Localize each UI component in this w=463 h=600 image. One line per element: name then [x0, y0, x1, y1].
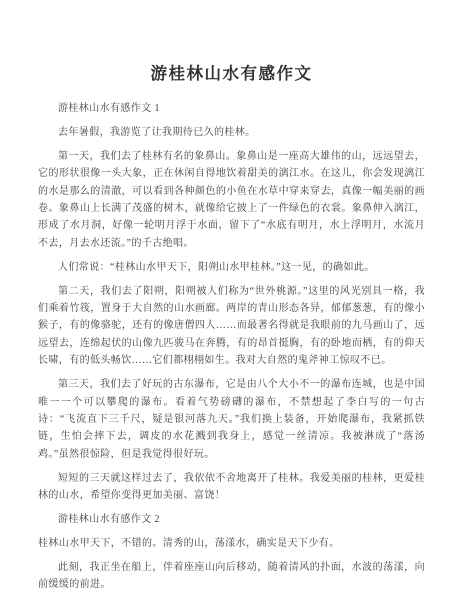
document-page: 游桂林山水有感作文 游桂林山水有感作文 1 去年暑假，我游览了让我期待已久的桂林…: [0, 0, 463, 600]
essay-paragraph: 此刻，我正坐在船上，伴着座座山向后移动，随着清风的扑面，水波的荡漾，向前缓缓的前…: [38, 559, 425, 594]
essay-paragraph: 第一天，我们去了桂林有名的象鼻山。象鼻山是一座高大雄伟的山，远远望去，它的形状很…: [38, 148, 425, 252]
essay-paragraph: 去年暑假，我游览了让我期待已久的桂林。: [38, 124, 425, 141]
essay-paragraph: 短短的三天就这样过去了，我依依不舍地离开了桂林。我爱美丽的桂林，更爱桂林的山水，…: [38, 470, 425, 505]
essay-paragraph: 人们常说：“桂林山水甲天下，阳朔山水甲桂林。”这一见，的确如此。: [38, 259, 425, 276]
essay-title: 游桂林山水有感作文: [38, 60, 425, 84]
essay-paragraph: 桂林山水甲天下，不错的。清秀的山，荡漾水，确实是天下少有。: [38, 535, 425, 552]
essay-section-heading-1: 游桂林山水有感作文 1: [38, 100, 425, 117]
essay-section-heading-2: 游桂林山水有感作文 2: [38, 511, 425, 528]
essay-paragraph: 第二天，我们去了阳朔，阳朔被人们称为“世外桃源。”这里的风光别具一格，我们乘着竹…: [38, 283, 425, 370]
essay-paragraph: 第三天，我们去了好玩的古东瀑布，它是由八个大小不一的瀑布连城，也是中国唯一一个可…: [38, 376, 425, 463]
